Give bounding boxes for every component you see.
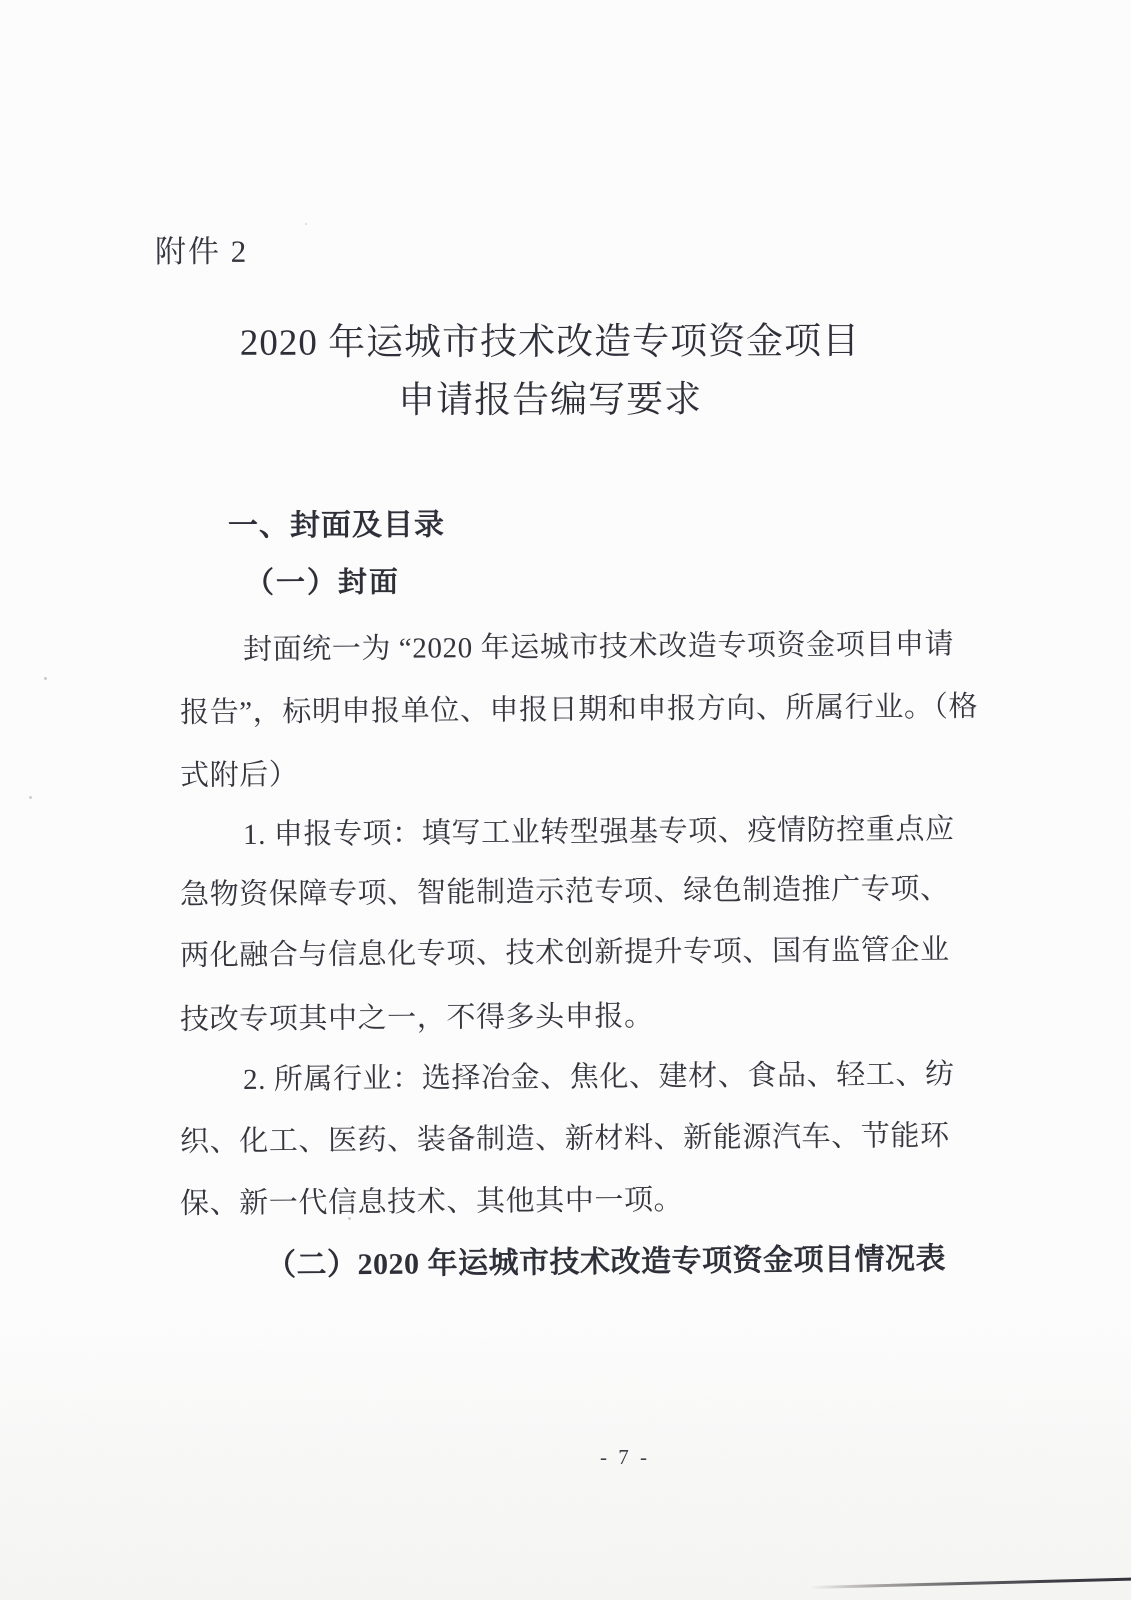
paragraph-1-line: 式附后） (180, 752, 299, 794)
sub-heading-1: （一）封面 (245, 560, 400, 602)
sub-heading-2: （二）2020 年运城市技术改造专项资金项目情况表 (266, 1233, 946, 1284)
item-2-line: 2. 所属行业：选择冶金、焦化、建材、食品、轻工、纺 (243, 1051, 955, 1098)
paragraph-1-line: 报告”，标明申报单位、申报日期和申报方向、所属行业。（格 (180, 684, 978, 731)
scan-speck (305, 223, 307, 225)
item-1-line: 两化融合与信息化专项、技术创新提升专项、国有监管企业 (180, 927, 950, 974)
document-title-line-2: 申请报告编写要求 (0, 371, 1100, 432)
item-1-line: 技改专项其中之一，不得多头申报。 (180, 993, 654, 1038)
item-1-line: 1. 申报专项：填写工业转型强基专项、疫情防控重点应 (243, 806, 955, 853)
item-2-line: 织、化工、医药、装备制造、新材料、新能源汽车、节能环 (180, 1113, 950, 1160)
item-1-line: 急物资保障专项、智能制造示范专项、绿色制造推广专项、 (180, 866, 950, 913)
paragraph-1-line: 封面统一为 “2020 年运城市技术改造专项资金项目申请 (243, 621, 954, 668)
item-2-line: 保、新一代信息技术、其他其中一项。 (180, 1177, 684, 1222)
page-number: - 7 - (565, 1445, 685, 1470)
document-title: 2020 年运城市技术改造专项资金项目 申请报告编写要求 (0, 313, 1100, 432)
scan-edge-artifact (810, 1578, 1131, 1589)
scan-speck (44, 677, 47, 680)
attachment-label: 附件 2 (155, 226, 248, 271)
scan-speck (29, 796, 32, 799)
section-heading-1: 一、封面及目录 (228, 500, 445, 545)
document-title-line-1: 2020 年运城市技术改造专项资金项目 (0, 313, 1100, 374)
document-page: 附件 2 2020 年运城市技术改造专项资金项目 申请报告编写要求 一、封面及目… (0, 0, 1131, 1600)
